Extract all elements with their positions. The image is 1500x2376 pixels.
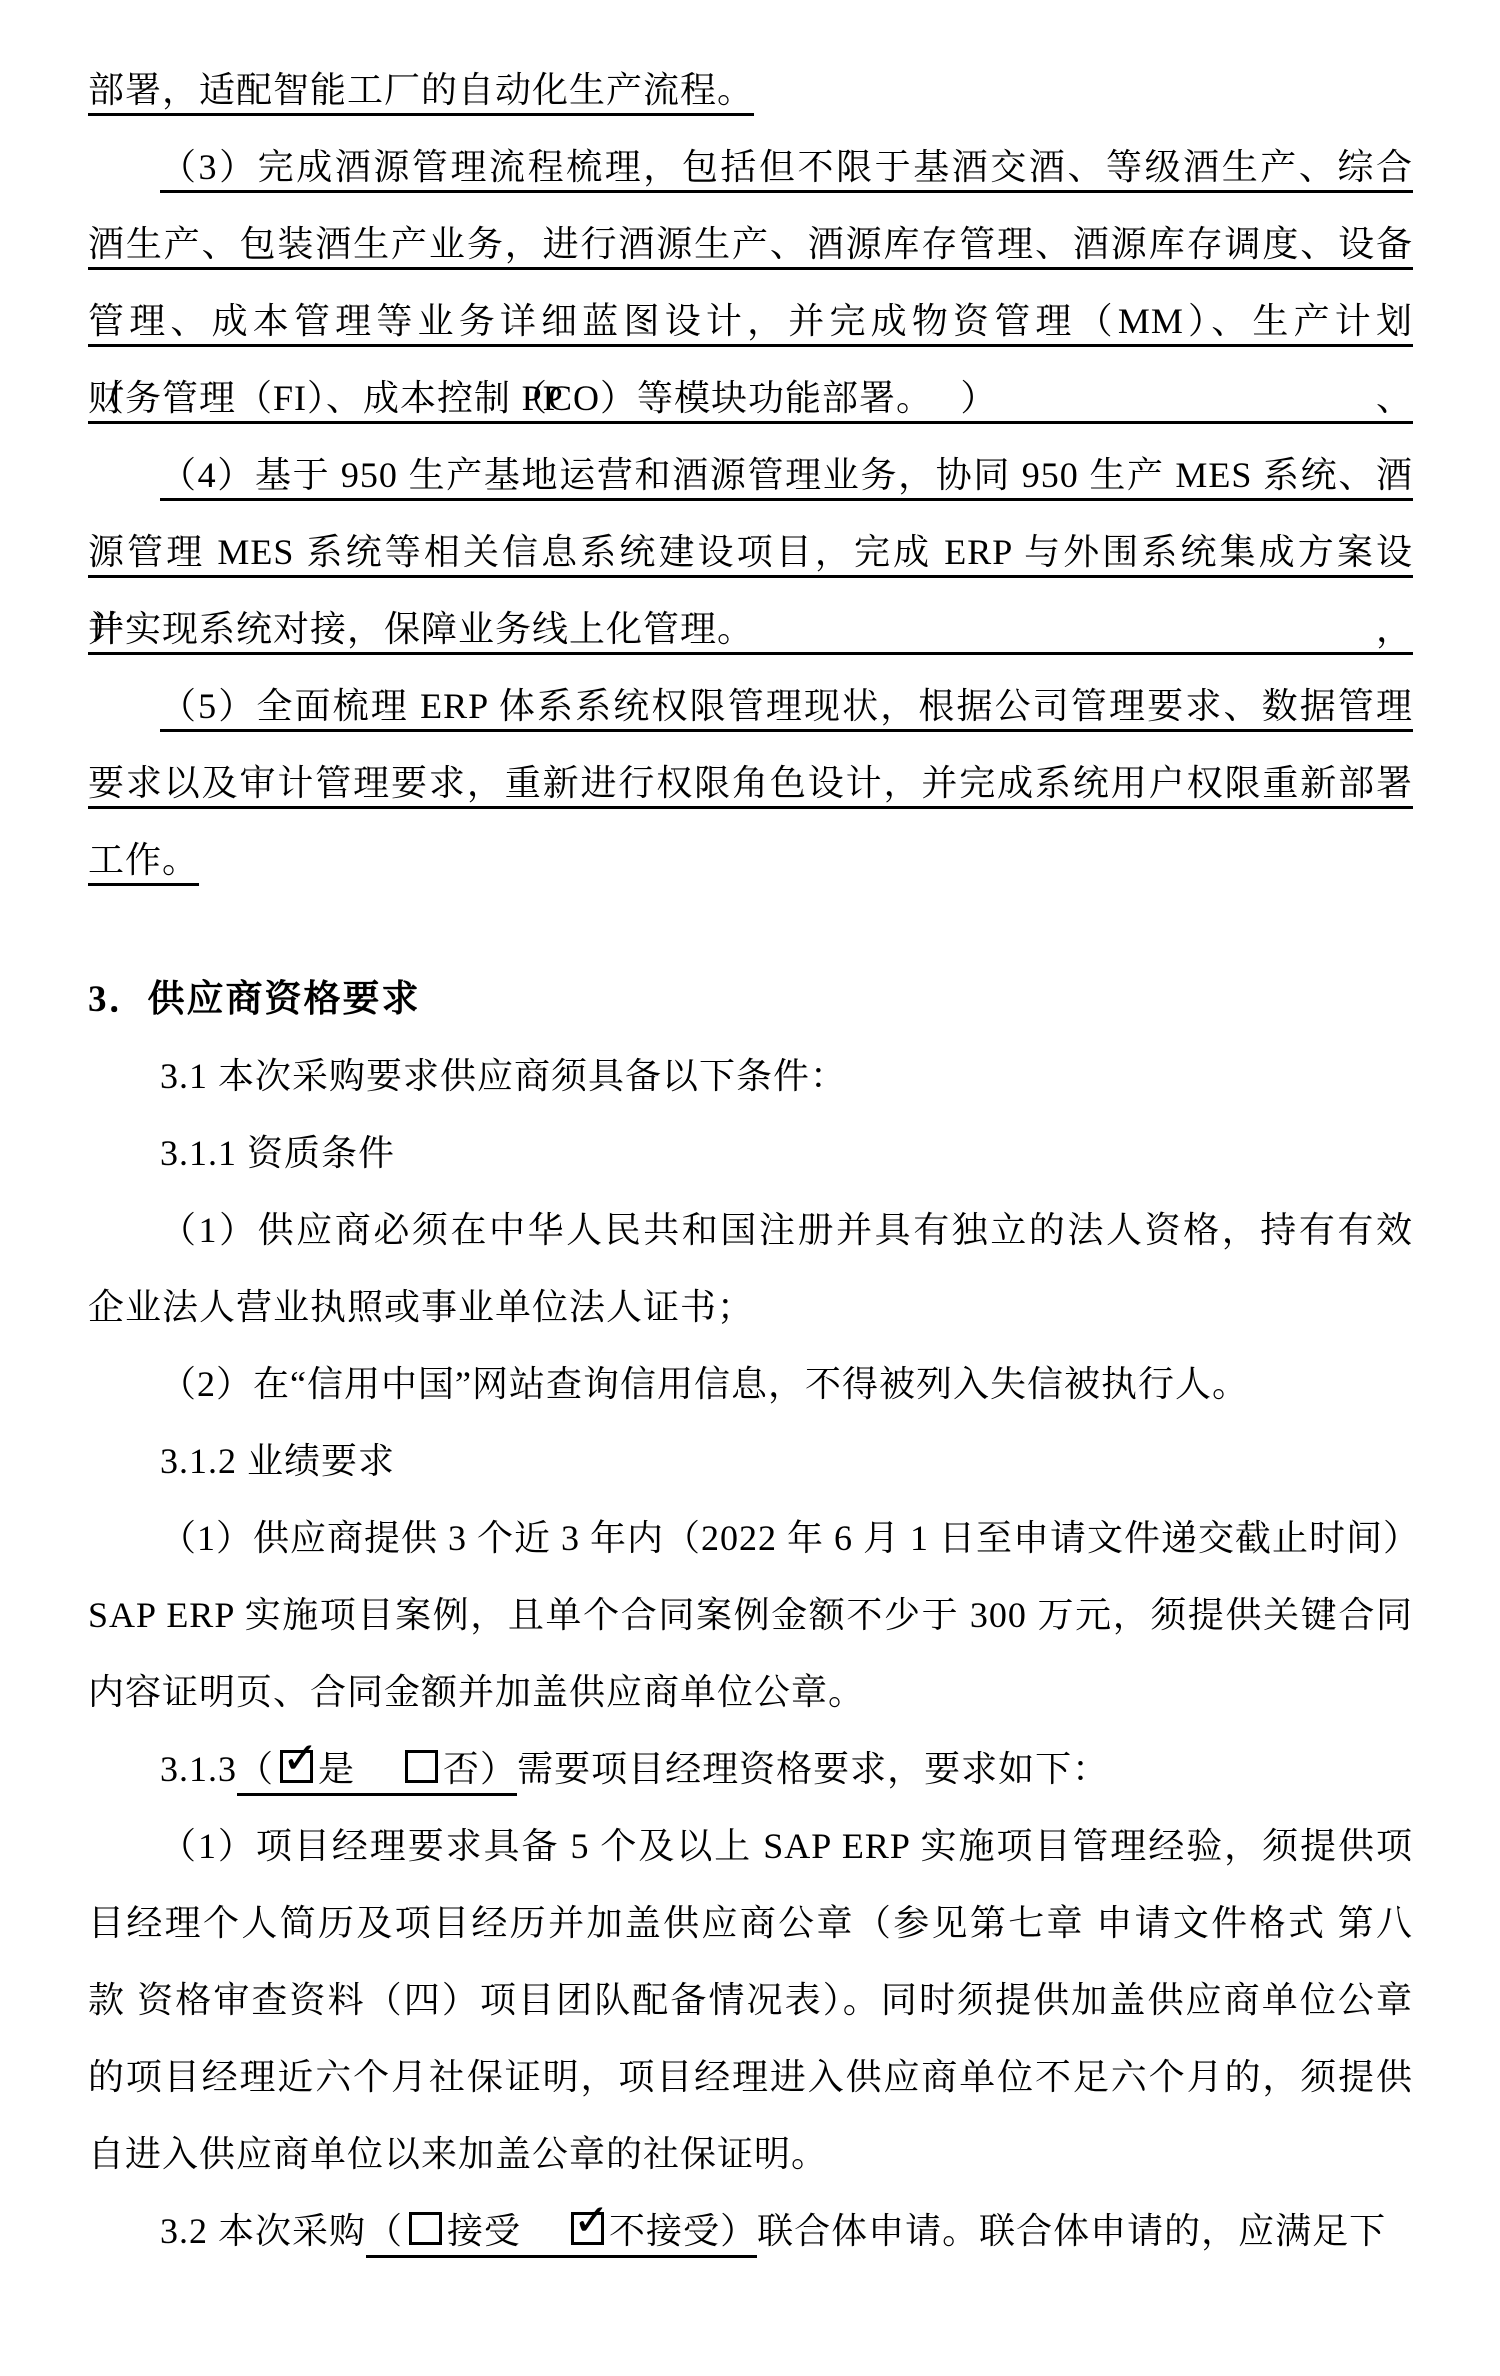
text-line: 管理、成本管理等业务详细蓝图设计，并完成物资管理（MM）、生产计划（PP）、 xyxy=(88,283,1413,360)
clause-number: 3.2 本次采购 xyxy=(160,2211,366,2251)
text-line: 源管理 MES 系统等相关信息系统建设项目，完成 ERP 与外围系统集成方案设计… xyxy=(88,514,1413,591)
close-paren: ） xyxy=(480,1749,517,1789)
clause-number: 3.1.3 xyxy=(160,1749,237,1789)
reject-label: 不接受 xyxy=(609,2211,720,2251)
text-line: 部署，适配智能工厂的自动化生产流程。 xyxy=(88,52,1413,129)
clause-text: 联合体申请。联合体申请的，应满足下 xyxy=(757,2211,1386,2251)
yes-label: 是 xyxy=(318,1749,355,1789)
text-line: 的项目经理近六个月社保证明，项目经理进入供应商单位不足六个月的，须提供 xyxy=(88,2039,1413,2116)
text-line: （1）供应商提供 3 个近 3 年内（2022 年 6 月 1 日至申请文件递交… xyxy=(88,1500,1413,1577)
text-line: 3.1.1 资质条件 xyxy=(88,1115,1413,1192)
text-line: 款 资格审查资料（四）项目团队配备情况表）。同时须提供加盖供应商单位公章 xyxy=(88,1962,1413,2039)
text-line: （4）基于 950 生产基地运营和酒源管理业务，协同 950 生产 MES 系统… xyxy=(88,437,1413,514)
consortium-line: 3.2 本次采购（接受✓不接受）联合体申请。联合体申请的，应满足下 xyxy=(88,2193,1413,2270)
close-paren: ） xyxy=(720,2211,757,2251)
text-line: 3.1.2 业绩要求 xyxy=(88,1423,1413,1500)
text-line: 要求以及审计管理要求，重新进行权限角色设计，并完成系统用户权限重新部署 xyxy=(88,745,1413,822)
text-line: SAP ERP 实施项目案例，且单个合同案例金额不少于 300 万元，须提供关键… xyxy=(88,1577,1413,1654)
open-paren: （ xyxy=(366,2211,403,2251)
text-line: 企业法人营业执照或事业单位法人证书； xyxy=(88,1269,1413,1346)
text-line: （1）供应商必须在中华人民共和国注册并具有独立的法人资格，持有有效 xyxy=(88,1192,1413,1269)
pm-requirement-line: 3.1.3（✓是否）需要项目经理资格要求，要求如下： xyxy=(88,1731,1413,1808)
open-paren: （ xyxy=(237,1749,274,1789)
checkbox-no-icon xyxy=(405,1750,438,1783)
check-mark-icon: ✓ xyxy=(282,1737,320,1781)
clause-text: 需要项目经理资格要求，要求如下： xyxy=(517,1749,1109,1789)
document-page: 部署，适配智能工厂的自动化生产流程。 （3）完成酒源管理流程梳理，包括但不限于基… xyxy=(88,52,1413,2270)
text-line: （2）在“信用中国”网站查询信用信息，不得被列入失信被执行人。 xyxy=(88,1346,1413,1423)
checkbox-accept-icon xyxy=(409,2212,442,2245)
text-line: 工作。 xyxy=(88,822,1413,899)
text-line: 酒生产、包装酒生产业务，进行酒源生产、酒源库存管理、酒源库存调度、设备 xyxy=(88,206,1413,283)
check-mark-icon: ✓ xyxy=(573,2199,611,2243)
text-line: （1）项目经理要求具备 5 个及以上 SAP ERP 实施项目管理经验，须提供项 xyxy=(88,1808,1413,1885)
text-line: 自进入供应商单位以来加盖公章的社保证明。 xyxy=(88,2116,1413,2193)
checkbox-reject-icon: ✓ xyxy=(571,2212,604,2245)
section-heading: 3．供应商资格要求 xyxy=(88,961,1413,1038)
section-gap xyxy=(88,899,1413,961)
text-line: 目经理个人简历及项目经历并加盖供应商公章（参见第七章 申请文件格式 第八 xyxy=(88,1885,1413,1962)
checkbox-yes-icon: ✓ xyxy=(280,1750,313,1783)
yes-no-checkbox-group: （✓是否） xyxy=(237,1749,517,1796)
text-line: 3.1 本次采购要求供应商须具备以下条件： xyxy=(88,1038,1413,1115)
text-line: （3）完成酒源管理流程梳理，包括但不限于基酒交酒、等级酒生产、综合 xyxy=(88,129,1413,206)
text-line: （5）全面梳理 ERP 体系系统权限管理现状，根据公司管理要求、数据管理 xyxy=(88,668,1413,745)
text-line: 内容证明页、合同金额并加盖供应商单位公章。 xyxy=(88,1654,1413,1731)
accept-label: 接受 xyxy=(447,2211,521,2251)
no-label: 否 xyxy=(443,1749,480,1789)
accept-reject-checkbox-group: （接受✓不接受） xyxy=(366,2211,757,2258)
